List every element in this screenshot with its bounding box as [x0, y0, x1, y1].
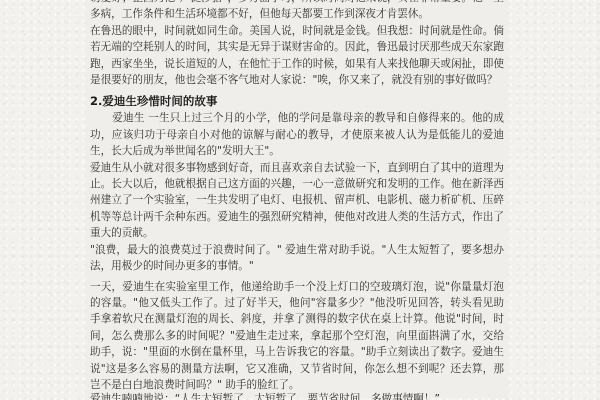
- article-body: 切爱好；正因为他"广泛涉猎"，多方面学习，所以时间对他来说，实在非常重要。他一生…: [90, 0, 504, 393]
- article-content-block: 切爱好；正因为他"广泛涉猎"，多方面学习，所以时间对他来说，实在非常重要。他一生…: [86, 0, 508, 398]
- article-paragraph: 爱迪生从小就对很多事物感到好奇，而且喜欢亲自去试验一下，直到明白了其中的道理为止…: [90, 160, 504, 242]
- article-paragraph: 爱迪生 一生只上过三个月的小学，他的学问是靠母亲的教导和自修得来的。他的成功，应…: [90, 110, 504, 159]
- article-paragraph: 在鲁迅的眼中，时间就如同生命。美国人说，时间就是金钱。但我想：时间就是性命。倘若…: [90, 23, 504, 89]
- article-paragraph: "浪费，最大的浪费莫过于浪费时间了。" 爱迪生常对助手说。"人生太短暂了，要多想…: [90, 242, 504, 275]
- page-background: 切爱好；正因为他"广泛涉猎"，多方面学习，所以时间对他来说，实在非常重要。他一生…: [0, 0, 600, 400]
- closing-paragraph: 爱迪生喃喃地说：“人生太短暂了，太短暂了，要节省时间，多做事情啊！”: [90, 391, 504, 400]
- article-paragraph: 切爱好；正因为他"广泛涉猎"，多方面学习，所以时间对他来说，实在非常重要。他一生…: [90, 0, 504, 23]
- article-paragraph: 一天，爱迪生在实验室里工作，他递给助手一个没上灯口的空玻璃灯泡，说"你量量灯泡的…: [90, 279, 504, 394]
- section-heading: 2.爱迪生珍惜时间的故事: [90, 92, 504, 110]
